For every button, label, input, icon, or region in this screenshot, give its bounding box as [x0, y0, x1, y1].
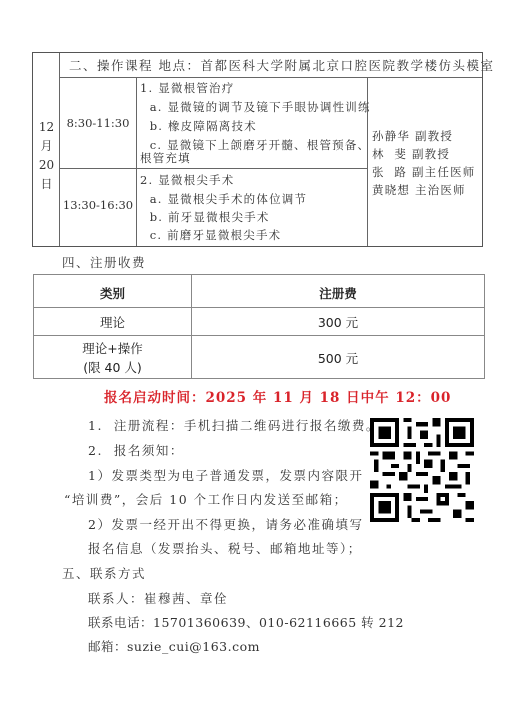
schedule-table: 二、操作课程 地点：首都医科大学附属北京口腔医院教学楼仿头模室 12 月 20 …: [32, 52, 483, 247]
divider: [60, 168, 367, 169]
schedule-header: 二、操作课程 地点：首都医科大学附属北京口腔医院教学楼仿头模室: [69, 56, 494, 76]
session-line: c. 前磨牙显微根尖手术: [140, 226, 281, 246]
session-line: 2. 显微根尖手术: [140, 171, 234, 191]
session-line: b. 前牙显微根尖手术: [140, 208, 270, 228]
fees-section-title: 四、注册收费: [62, 253, 146, 271]
session-time: 13:30-16:30: [60, 196, 136, 216]
divider: [136, 78, 137, 246]
session-time: 8:30-11:30: [60, 114, 136, 134]
date-char: 月: [33, 137, 60, 156]
fee-header-amount: 注册费: [192, 284, 484, 302]
invoice-note-2-cont: 报名信息（发票抬头、税号、邮箱地址等）；: [88, 539, 362, 557]
fee-amount: 300 元: [192, 313, 484, 331]
fee-amount: 500 元: [192, 349, 484, 367]
date-char: 日: [33, 175, 60, 194]
fee-category-note: (限 40 人): [34, 358, 191, 376]
registration-start-time: 报名启动时间：2025 年 11 月 18 日中午 12：00: [104, 386, 451, 406]
instructor: 张 路 副主任医师: [372, 163, 475, 183]
instructor: 孙静华 副教授: [372, 127, 453, 147]
divider: [60, 77, 482, 78]
contact-persons: 联系人：崔穆茜、章佺: [88, 589, 228, 607]
invoice-note-1: 1）发票类型为电子普通发票，发票内容限开: [88, 466, 363, 484]
session-line: 1. 显微根管治疗: [140, 79, 234, 99]
instructor: 林 斐 副教授: [372, 145, 450, 165]
contact-phone: 联系电话：15701360639、010-62116665 转 212: [88, 613, 404, 631]
invoice-note-1-cont: “培训费”，会后 10 个工作日内发送至邮箱；: [64, 490, 348, 508]
contact-section-title: 五、联系方式: [62, 564, 146, 582]
contact-email[interactable]: 邮箱：suzie_cui@163.com: [88, 637, 260, 655]
fee-header-category: 类别: [34, 284, 191, 302]
divider: [34, 335, 484, 336]
instructor: 黄晓想 主治医师: [372, 181, 466, 201]
divider: [34, 307, 484, 308]
invoice-note-2: 2）发票一经开出不得更换，请务必准确填写: [88, 515, 363, 533]
fee-category: 理论+操作: [34, 339, 191, 357]
fee-table: 类别 注册费 理论 300 元 理论+操作 (限 40 人) 500 元: [33, 274, 485, 379]
fee-category: 理论: [34, 313, 191, 331]
qr-code-icon[interactable]: [370, 418, 474, 522]
session-line: a. 显微根尖手术的体位调节: [140, 190, 307, 210]
date-char: 12: [33, 118, 60, 137]
date-char: 20: [33, 156, 60, 175]
session-line: b. 橡皮障隔离技术: [140, 117, 257, 137]
registration-step-1: 1. 注册流程：手机扫描二维码进行报名缴费。: [88, 416, 380, 434]
registration-step-2: 2. 报名须知：: [88, 441, 184, 459]
session-line: a. 显微镜的调节及镜下手眼协调性训练: [140, 98, 371, 118]
session-line: 根管充填: [140, 149, 191, 169]
